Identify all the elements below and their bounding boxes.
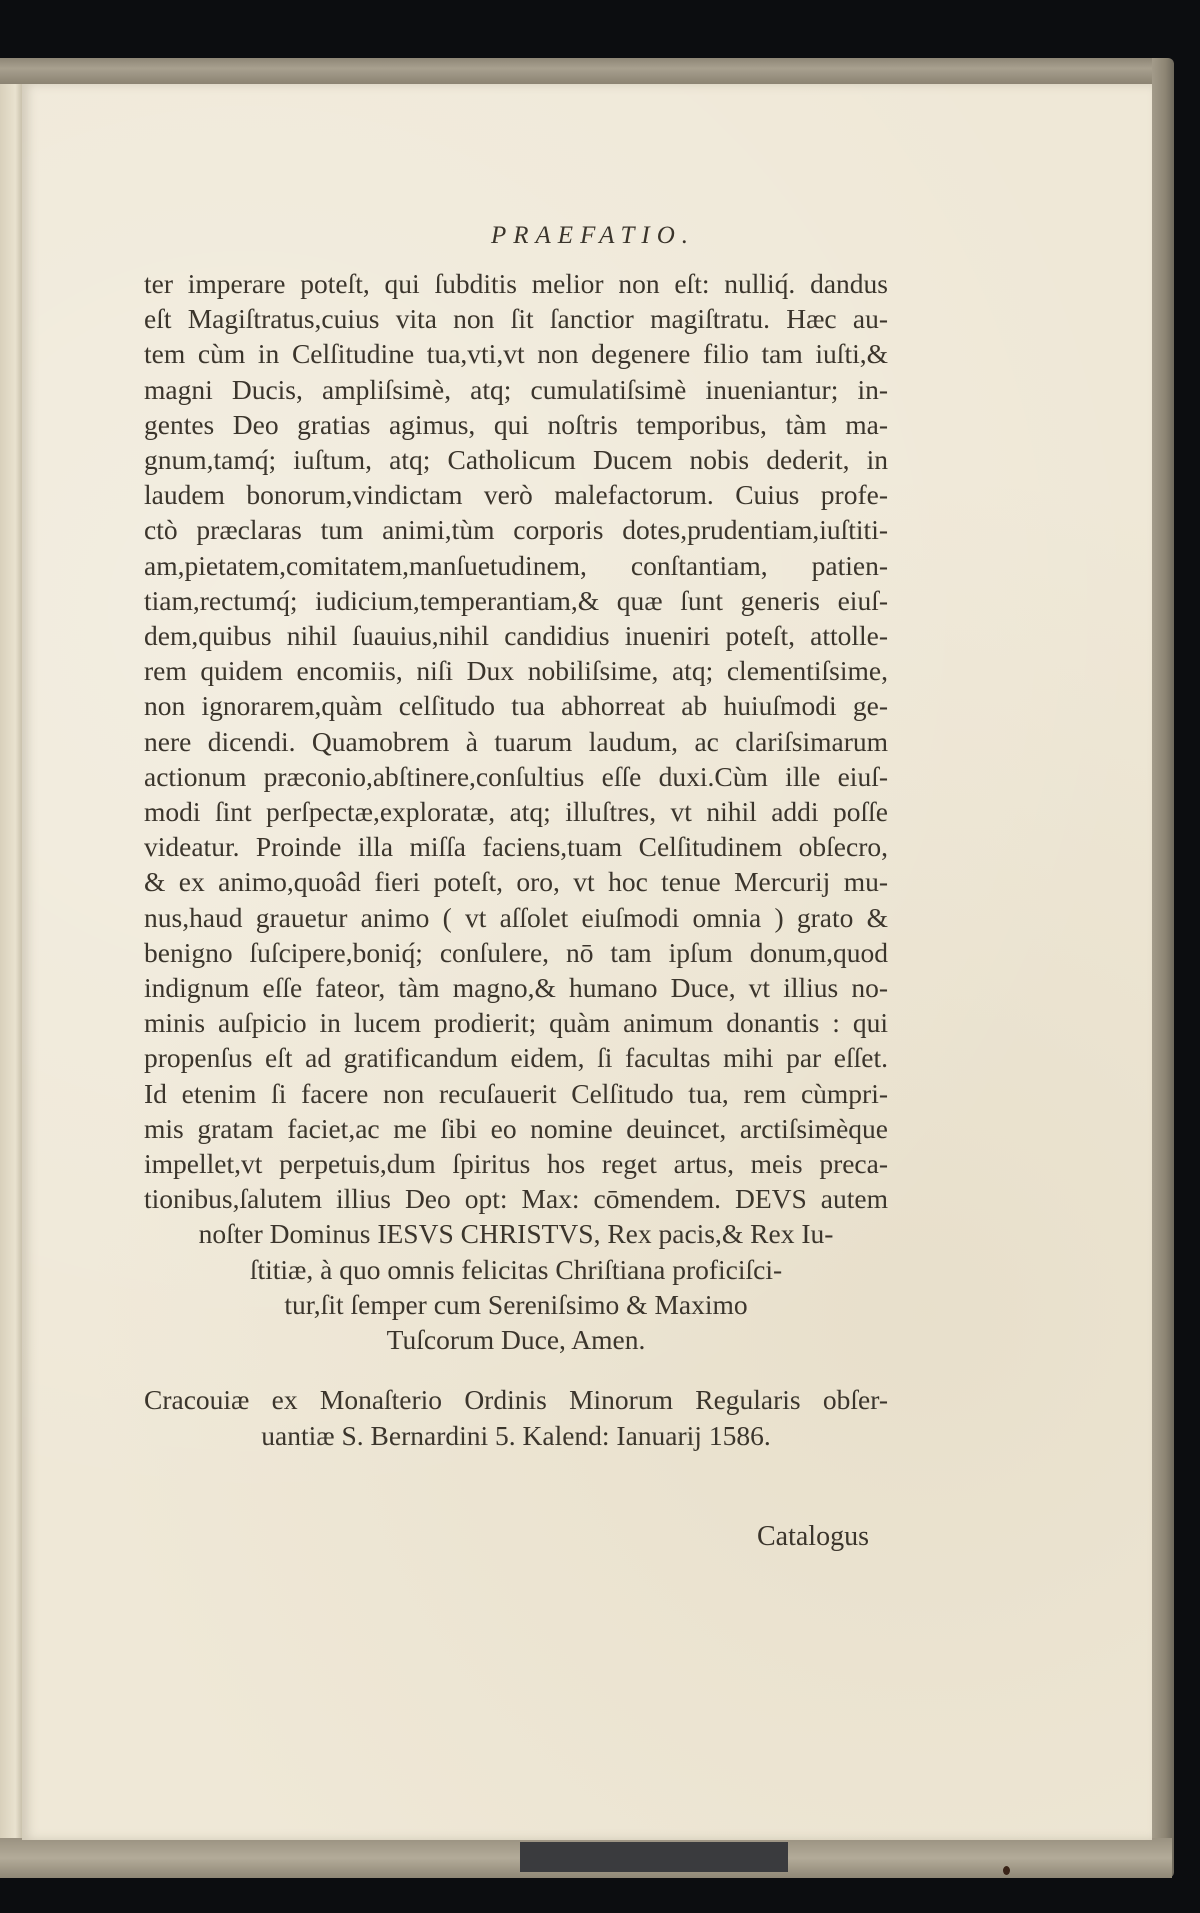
- catchword: Catalogus: [757, 1521, 869, 1553]
- preface-body: ter imperare poteſt, qui ſubditis melior…: [144, 266, 888, 1357]
- text-line: modi ſint perſpectæ,exploratæ, atq; illu…: [144, 794, 888, 829]
- facing-page-edge: [0, 84, 22, 1840]
- text-line: am,pietatem,comitatem,manſuetudinem, con…: [144, 548, 888, 583]
- text-line: laudem bonorum,vindictam verò malefactor…: [144, 477, 888, 512]
- text-line-centered: Tuſcorum Duce, Amen.: [144, 1322, 888, 1357]
- binding-right-edge: [1152, 58, 1174, 1878]
- text-line: tionibus,ſalutem illius Deo opt: Max: cō…: [144, 1181, 888, 1216]
- running-head: PRAEFATIO.: [22, 222, 1158, 250]
- text-line: nere dicendi. Quamobrem à tuarum laudum,…: [144, 724, 888, 759]
- text-line: tem cùm in Celſitudine tua,vti,vt non de…: [144, 336, 888, 371]
- text-line: videatur. Proinde illa miſſa faciens,tua…: [144, 829, 888, 864]
- text-line: gentes Deo gratias agimus, qui noſtris t…: [144, 407, 888, 442]
- text-line: indignum eſſe fateor, tàm magno,& humano…: [144, 970, 888, 1005]
- binding-dark-patch: [520, 1842, 788, 1872]
- text-line: mis gratam faciet,ac me ſibi eo nomine d…: [144, 1111, 888, 1146]
- text-line: benigno ſuſcipere,boniq́; conſulere, nō …: [144, 935, 888, 970]
- text-line: nus,haud grauetur animo ( vt aſſolet eiu…: [144, 900, 888, 935]
- text-line: eſt Magiſtratus,cuius vita non ſit ſanct…: [144, 301, 888, 336]
- text-line: non ignorarem,quàm celſitudo tua abhorre…: [144, 688, 888, 723]
- book-page: PRAEFATIO. ter imperare poteſt, qui ſubd…: [22, 84, 1152, 1840]
- text-line: dem,quibus nihil ſuauius,nihil candidius…: [144, 618, 888, 653]
- text-line: impellet,vt perpetuis,dum ſpiritus hos r…: [144, 1146, 888, 1181]
- text-line-centered: tur,ſit ſemper cum Sereniſsimo & Maximo: [144, 1287, 888, 1322]
- text-line: tiam,rectumq́; iudicium,temperantiam,& q…: [144, 583, 888, 618]
- text-line: Id etenim ſi facere non recuſauerit Celſ…: [144, 1076, 888, 1111]
- binding-top-edge: [0, 58, 1168, 84]
- text-line: magni Ducis, ampliſsimè, atq; cumulatiſs…: [144, 372, 888, 407]
- colophon: Cracouiæ ex Monaſterio Ordinis Minorum R…: [144, 1382, 888, 1454]
- binding-mark: [1003, 1866, 1010, 1875]
- text-line: ter imperare poteſt, qui ſubditis melior…: [144, 266, 888, 301]
- text-line: minis auſpicio in lucem prodierit; quàm …: [144, 1005, 888, 1040]
- text-line-centered: noſter Dominus IESVS CHRISTVS, Rex pacis…: [144, 1216, 888, 1251]
- colophon-line: Cracouiæ ex Monaſterio Ordinis Minorum R…: [144, 1382, 888, 1418]
- text-line: gnum,tamq́; iuſtum, atq; Catholicum Duce…: [144, 442, 888, 477]
- text-line-centered: ſtitiæ, à quo omnis felicitas Chriſtiana…: [144, 1252, 888, 1287]
- text-line: & ex animo,quoâd fieri poteſt, oro, vt h…: [144, 864, 888, 899]
- text-line: actionum præconio,abſtinere,conſultius e…: [144, 759, 888, 794]
- text-line: rem quidem encomiis, niſi Dux nobiliſsim…: [144, 653, 888, 688]
- text-line: ctò præclaras tum animi,tùm corporis dot…: [144, 512, 888, 547]
- text-line: propenſus eſt ad gratificandum eidem, ſi…: [144, 1040, 888, 1075]
- colophon-line: uantiæ S. Bernardini 5. Kalend: Ianuarij…: [144, 1418, 888, 1454]
